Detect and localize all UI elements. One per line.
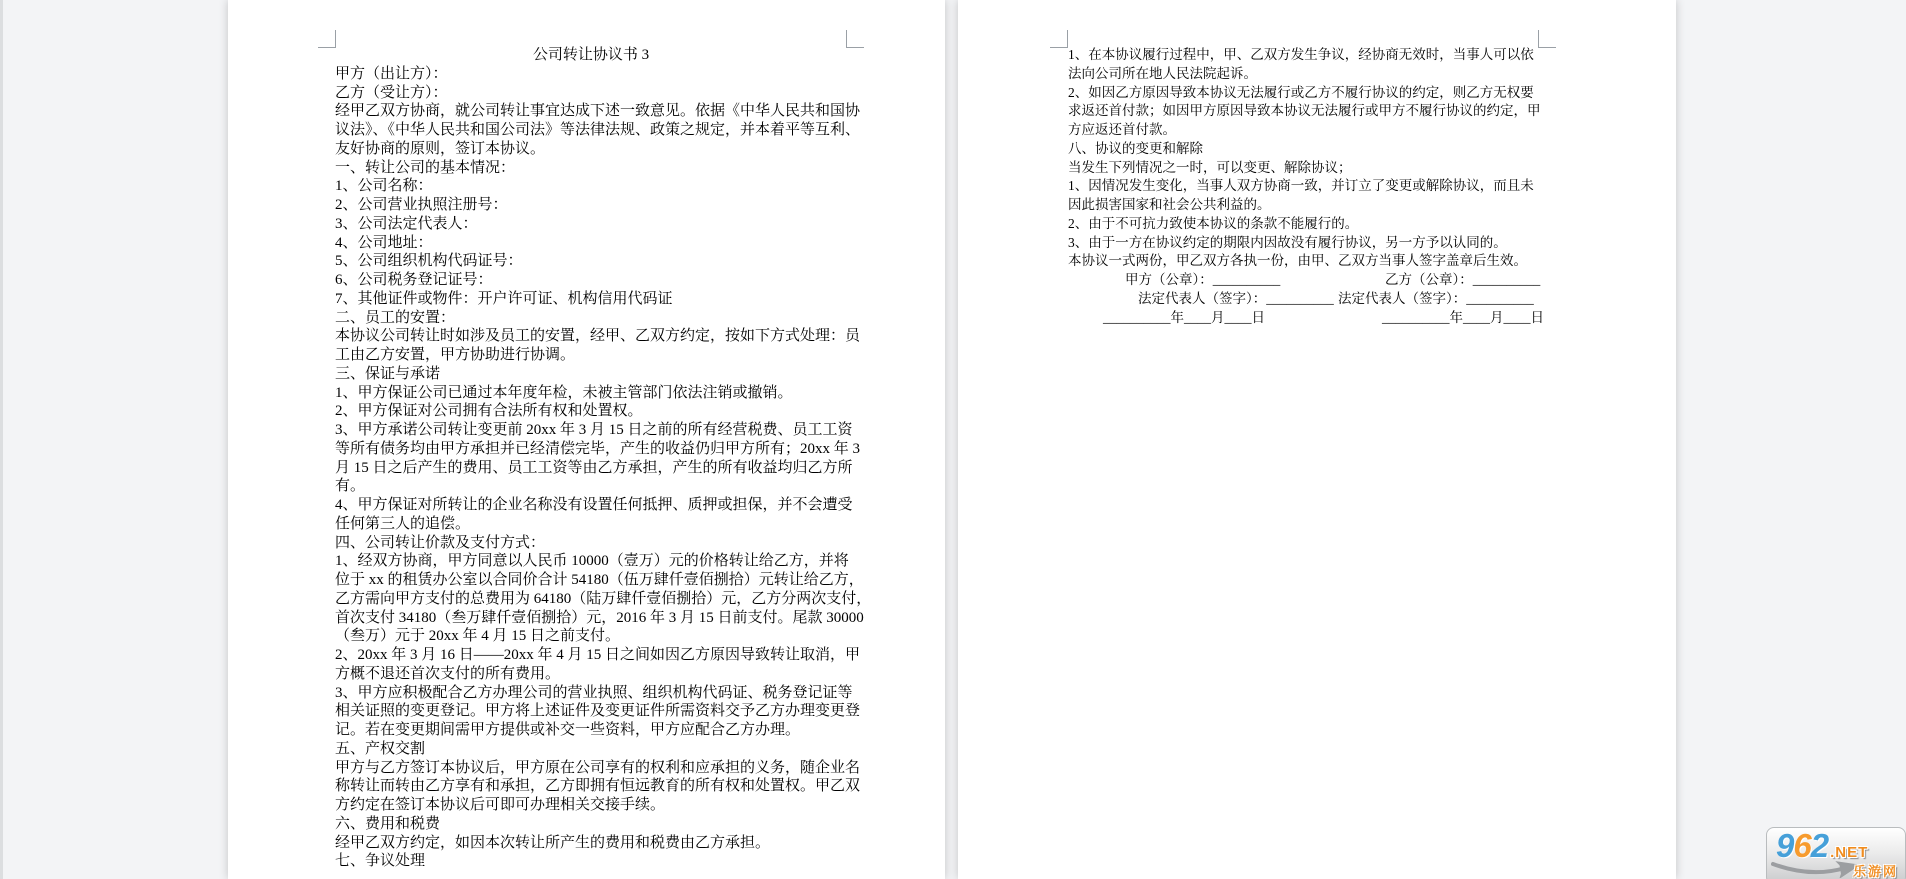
document-line: 等所有债务均由甲方承担并已经清偿完毕，产生的收益仍归甲方所有；20xx 年 3 xyxy=(335,440,847,459)
document-line: 法向公司所在地人民法院起诉。 xyxy=(1068,65,1535,84)
document-line: 有。 xyxy=(335,477,847,496)
document-line: 1、经双方协商，甲方同意以人民币 10000（壹万）元的价格转让给乙方，并将 xyxy=(335,552,847,571)
document-line: 七、争议处理 xyxy=(335,852,847,871)
swoosh-arrow-icon xyxy=(1771,860,1857,878)
document-viewer: 公司转让协议书 3 甲方（出让方）：乙方（受让方）：经甲乙双方协商，就公司转让事… xyxy=(0,0,1906,879)
document-line: 方概不退还首次支付的所有费用。 xyxy=(335,665,847,684)
party-a-date-blank: __________年____月____日 xyxy=(1103,309,1265,328)
document-line: 称转让而转由乙方享有和承担，乙方即拥有恒远教育的所有权和处置权。甲乙双 xyxy=(335,777,847,796)
document-line: 5、公司组织机构代码证号： xyxy=(335,252,847,271)
page-1-lines: 甲方（出让方）：乙方（受让方）：经甲乙双方协商，就公司转让事宜达成下述一致意见。… xyxy=(335,65,847,871)
document-line: 方应返还首付款。 xyxy=(1068,121,1535,140)
watermark-logo: 9 6 2 .NET 乐游网 xyxy=(1766,827,1906,879)
party-b-date-blank: __________年____月____日 xyxy=(1382,309,1544,328)
document-line: 求返还首付款；如因甲方原因导致本协议无法履行或甲方不履行协议的约定，甲 xyxy=(1068,102,1535,121)
document-line: 方约定在签订本协议后可即可办理相关交接手续。 xyxy=(335,796,847,815)
watermark-brand: 9 6 2 .NET xyxy=(1776,828,1868,864)
document-line: 1、甲方保证公司已通过本年度年检，未被主管部门依法注销或撤销。 xyxy=(335,384,847,403)
document-line: 议法》、《中华人民共和国公司法》等法律法规、政策之规定，并本着平等互利、 xyxy=(335,121,847,140)
document-line: 2、甲方保证对公司拥有合法所有权和处置权。 xyxy=(335,402,847,421)
document-line: 4、公司地址： xyxy=(335,234,847,253)
document-line: 友好协商的原则，签订本协议。 xyxy=(335,140,847,159)
document-line: 乙方需向甲方支付的总费用为 64180（陆万肆仟壹佰捌拾）元，乙方分两次支付， xyxy=(335,590,847,609)
party-a-representative-blank: 法定代表人（签字）：__________ xyxy=(1138,290,1334,309)
document-line: 甲方（出让方）： xyxy=(335,65,847,84)
document-line: 1、在本协议履行过程中，甲、乙双方发生争议，经协商无效时，当事人可以依 xyxy=(1068,46,1535,65)
document-line: 因此损害国家和社会公共利益的。 xyxy=(1068,196,1535,215)
document-line: 7、其他证件或物件：开户许可证、机构信用代码证 xyxy=(335,290,847,309)
document-line: 位于 xx 的租赁办公室以合同价合计 54180（伍万肆仟壹佰捌拾）元转让给乙方… xyxy=(335,571,847,590)
crop-mark-icon xyxy=(846,30,864,48)
party-a-seal-blank: 甲方（公章）：__________ xyxy=(1125,271,1280,290)
page-1-text: 公司转让协议书 3 甲方（出让方）：乙方（受让方）：经甲乙双方协商，就公司转让事… xyxy=(335,46,847,871)
document-line: 4、甲方保证对所转让的企业名称没有设置任何抵押、质押或担保，并不会遭受 xyxy=(335,496,847,515)
document-line: 相关证照的变更登记。甲方将上述证件及变更证件所需资料交予乙方办理变更登 xyxy=(335,702,847,721)
crop-mark-icon xyxy=(318,30,336,48)
document-line: 3、甲方应积极配合乙方办理公司的营业执照、组织机构代码证、税务登记证等 xyxy=(335,684,847,703)
document-line: 1、因情况发生变化，当事人双方协商一致，并订立了变更或解除协议，而且未 xyxy=(1068,177,1535,196)
document-line: 2、20xx 年 3 月 16 日——20xx 年 4 月 15 日之间如因乙方… xyxy=(335,646,847,665)
party-b-representative-blank: 法定代表人（签字）：__________ xyxy=(1338,290,1534,309)
logo-site-name: 乐游网 xyxy=(1853,861,1898,879)
document-line: 月 15 日之后产生的费用、员工工资等由乙方承担，产生的所有收益均归乙方所 xyxy=(335,459,847,478)
document-line: 乙方（受让方）： xyxy=(335,84,847,103)
document-line: 6、公司税务登记证号： xyxy=(335,271,847,290)
document-line: 五、产权交割 xyxy=(335,740,847,759)
document-line: 记。若在变更期间需甲方提供或补交一些资料，甲方应配合乙方办理。 xyxy=(335,721,847,740)
page-2-text: 1、在本协议履行过程中，甲、乙双方发生争议，经协商无效时，当事人可以依法向公司所… xyxy=(1068,46,1535,327)
logo-digit-9: 9 xyxy=(1776,828,1793,864)
document-line: 八、协议的变更和解除 xyxy=(1068,140,1535,159)
crop-mark-icon xyxy=(1050,30,1068,48)
document-line: 任何第三人的追偿。 xyxy=(335,515,847,534)
document-line: 3、甲方承诺公司转让变更前 20xx 年 3 月 15 日之前的所有经营税费、员… xyxy=(335,421,847,440)
document-line: 本协议一式两份，甲乙双方各执一份，由甲、乙双方当事人签字盖章后生效。 xyxy=(1068,252,1535,271)
crop-mark-icon xyxy=(1538,30,1556,48)
document-line: 1、公司名称： xyxy=(335,177,847,196)
document-title: 公司转让协议书 3 xyxy=(335,46,847,65)
signature-row-representative: 法定代表人（签字）：__________ 法定代表人（签字）：_________… xyxy=(1068,290,1535,309)
signature-row-date: __________年____月____日 __________年____月__… xyxy=(1068,309,1535,328)
document-line: （叁万）元于 20xx 年 4 月 15 日之前支付。 xyxy=(335,627,847,646)
document-line: 2、如因乙方原因导致本协议无法履行或乙方不履行协议的约定，则乙方无权要 xyxy=(1068,84,1535,103)
document-line: 一、转让公司的基本情况： xyxy=(335,159,847,178)
document-line: 本协议公司转让时如涉及员工的安置，经甲、乙双方约定，按如下方式处理：员 xyxy=(335,327,847,346)
logo-net-label: .NET xyxy=(1830,844,1868,861)
document-line: 四、公司转让价款及支付方式： xyxy=(335,534,847,553)
document-line: 当发生下列情况之一时，可以变更、解除协议； xyxy=(1068,159,1535,178)
logo-digit-6: 6 xyxy=(1793,828,1810,864)
page-2-lines: 1、在本协议履行过程中，甲、乙双方发生争议，经协商无效时，当事人可以依法向公司所… xyxy=(1068,46,1535,271)
logo-digit-2: 2 xyxy=(1811,828,1828,864)
document-line: 六、费用和税费 xyxy=(335,815,847,834)
document-line: 3、公司法定代表人： xyxy=(335,215,847,234)
document-line: 经甲乙双方约定，如因本次转让所产生的费用和税费由乙方承担。 xyxy=(335,834,847,853)
document-line: 工由乙方安置，甲方协助进行协调。 xyxy=(335,346,847,365)
document-line: 甲方与乙方签订本协议后，甲方原在公司享有的权利和应承担的义务，随企业名 xyxy=(335,759,847,778)
document-line: 2、公司营业执照注册号： xyxy=(335,196,847,215)
document-line: 二、员工的安置： xyxy=(335,309,847,328)
document-line: 经甲乙双方协商，就公司转让事宜达成下述一致意见。依据《中华人民共和国协 xyxy=(335,102,847,121)
document-line: 首次支付 34180（叁万肆仟壹佰捌拾）元，2016 年 3 月 15 日前支付… xyxy=(335,609,847,628)
signature-row-seal: 甲方（公章）：__________ 乙方（公章）：__________ xyxy=(1068,271,1535,290)
document-line: 3、由于一方在协议约定的期限内因故没有履行协议，另一方予以认同的。 xyxy=(1068,234,1535,253)
document-line: 三、保证与承诺 xyxy=(335,365,847,384)
page-2: 1、在本协议履行过程中，甲、乙双方发生争议，经协商无效时，当事人可以依法向公司所… xyxy=(958,0,1676,879)
document-line: 2、由于不可抗力致使本协议的条款不能履行的。 xyxy=(1068,215,1535,234)
party-b-seal-blank: 乙方（公章）：__________ xyxy=(1385,271,1540,290)
page-1: 公司转让协议书 3 甲方（出让方）：乙方（受让方）：经甲乙双方协商，就公司转让事… xyxy=(228,0,945,879)
